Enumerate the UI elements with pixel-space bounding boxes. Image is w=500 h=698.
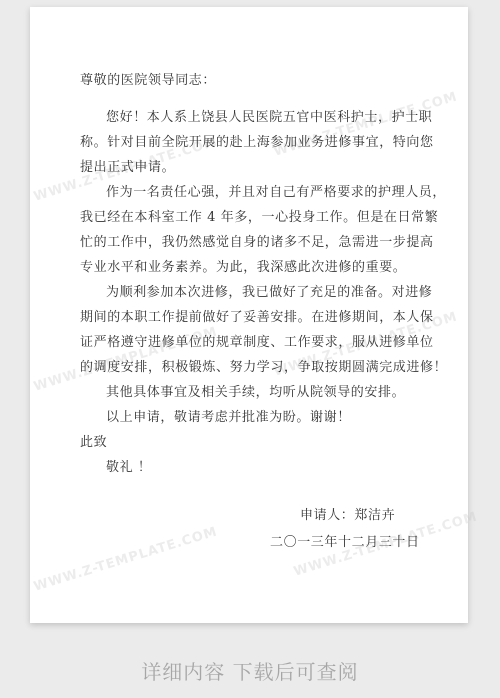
- paragraph-line: 我已经在本科室工作 4 年多，一心投身工作。但是在日常繁: [80, 206, 438, 225]
- paragraph-line: 为顺利参加本次进修，我已做好了充足的准备。对进修: [106, 281, 432, 300]
- paragraph-line: 忙的工作中，我仍然感觉自身的诸多不足，急需进一步提高: [80, 231, 434, 250]
- paragraph-line: 提出正式申请。: [80, 156, 175, 175]
- paragraph-line: 您好！本人系上饶县人民医院五官中医科护士，护士职: [106, 106, 432, 125]
- paragraph-line: 证严格遵守进修单位的规章制度、工作要求，服从进修单位: [80, 331, 434, 350]
- paragraph-line: 期间的本职工作提前做好了妥善安排。在进修期间，本人保: [80, 306, 434, 325]
- applicant-signature: 申请人：郑洁卉: [300, 504, 395, 523]
- closing-line: 此致: [80, 431, 107, 450]
- paragraph-line: 专业水平和业务素养。为此，我深感此次进修的重要。: [80, 256, 406, 275]
- salutation: 尊敬的医院领导同志：: [80, 69, 216, 88]
- closing-line: 敬礼 ！: [106, 456, 152, 475]
- paragraph-line: 以上申请，敬请考虑并批准为盼。谢谢！: [106, 406, 351, 425]
- paragraph-line: 作为一名责任心强，并且对自己有严格要求的护理人员，: [106, 181, 446, 200]
- document-page: WWW.Z-TEMPLATE.COM WWW.Z-TEMPLATE.COM WW…: [30, 7, 468, 623]
- watermark: WWW.Z-TEMPLATE.COM: [32, 524, 219, 594]
- download-prompt: 详细内容 下载后可查阅: [0, 656, 500, 685]
- paragraph-line: 称。针对目前全院开展的赴上海参加业务进修事宜，特向您: [80, 131, 434, 150]
- letter-date: 二〇一三年十二月三十日: [270, 531, 420, 550]
- paragraph-line: 其他具体事宜及相关手续，均听从院领导的安排。: [106, 381, 405, 400]
- paragraph-line: 的调度安排，积极锻炼、努力学习，争取按期圆满完成进修！: [80, 356, 447, 375]
